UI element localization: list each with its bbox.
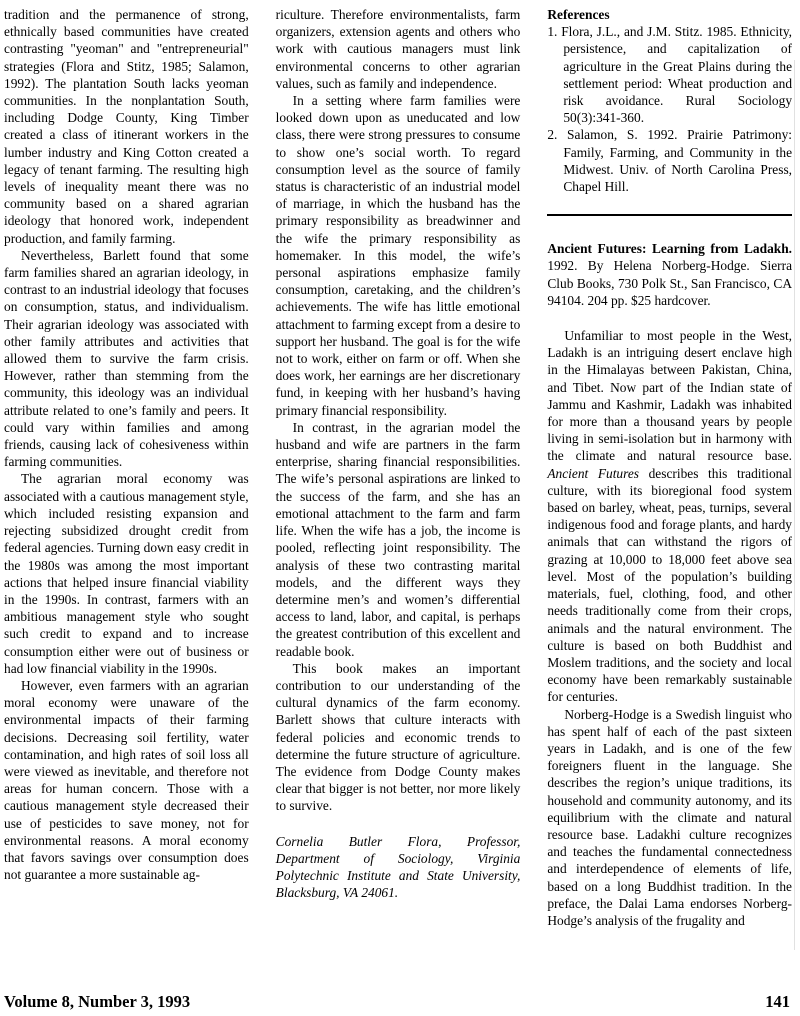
paragraph-text: describes this traditional culture, with… — [547, 466, 792, 705]
footer-volume-info: Volume 8, Number 3, 1993 — [4, 993, 190, 1011]
paragraph-text: Unfamiliar to most people in the West, L… — [547, 328, 792, 463]
reference-number: 2. — [547, 127, 557, 142]
paragraph: In contrast, in the agrarian model the h… — [276, 419, 521, 660]
page-edge-scan-line — [794, 60, 795, 950]
column-center: riculture. Therefore environmentalists, … — [276, 6, 521, 978]
page-columns: tradition and the permanence of strong, … — [4, 6, 792, 978]
book-publication-info: 1992. By Helena Norberg-Hodge. Sierra Cl… — [547, 258, 792, 307]
footer-page-number: 141 — [765, 993, 790, 1011]
reference-item: 2. Salamon, S. 1992. Prairie Patrimony: … — [547, 126, 792, 195]
reference-item: 1. Flora, J.L., and J.M. Stitz. 1985. Et… — [547, 23, 792, 126]
paragraph: The agrarian moral economy was associate… — [4, 470, 249, 676]
paragraph-continuation: tradition and the permanence of strong, … — [4, 6, 249, 247]
book-title: Ancient Futures: Learning from Ladakh. — [547, 241, 792, 256]
paragraph: Norberg-Hodge is a Swedish linguist who … — [547, 706, 792, 930]
paragraph-continuation: riculture. Therefore environmentalists, … — [276, 6, 521, 92]
column-right: References 1. Flora, J.L., and J.M. Stit… — [547, 6, 792, 978]
book-title-inline-italic: Ancient Futures — [547, 466, 639, 481]
paragraph: Unfamiliar to most people in the West, L… — [547, 327, 792, 705]
references-heading: References — [547, 6, 792, 23]
paragraph: In a setting where farm families were lo… — [276, 92, 521, 419]
section-divider-rule — [547, 214, 792, 216]
journal-page: tradition and the permanence of strong, … — [0, 0, 800, 1016]
reference-text: Flora, J.L., and J.M. Stitz. 1985. Ethni… — [561, 24, 792, 125]
paragraph: Nevertheless, Barlett found that some fa… — [4, 247, 249, 471]
book-review-heading: Ancient Futures: Learning from Ladakh. 1… — [547, 240, 792, 309]
paragraph: This book makes an important contributio… — [276, 660, 521, 815]
paragraph: However, even farmers with an agrarian m… — [4, 677, 249, 883]
column-left: tradition and the permanence of strong, … — [4, 6, 249, 978]
reference-number: 1. — [547, 24, 557, 39]
reference-text: Salamon, S. 1992. Prairie Patrimony: Fam… — [563, 127, 792, 194]
reviewer-signature: Cornelia Butler Flora, Professor, Depart… — [276, 833, 521, 902]
